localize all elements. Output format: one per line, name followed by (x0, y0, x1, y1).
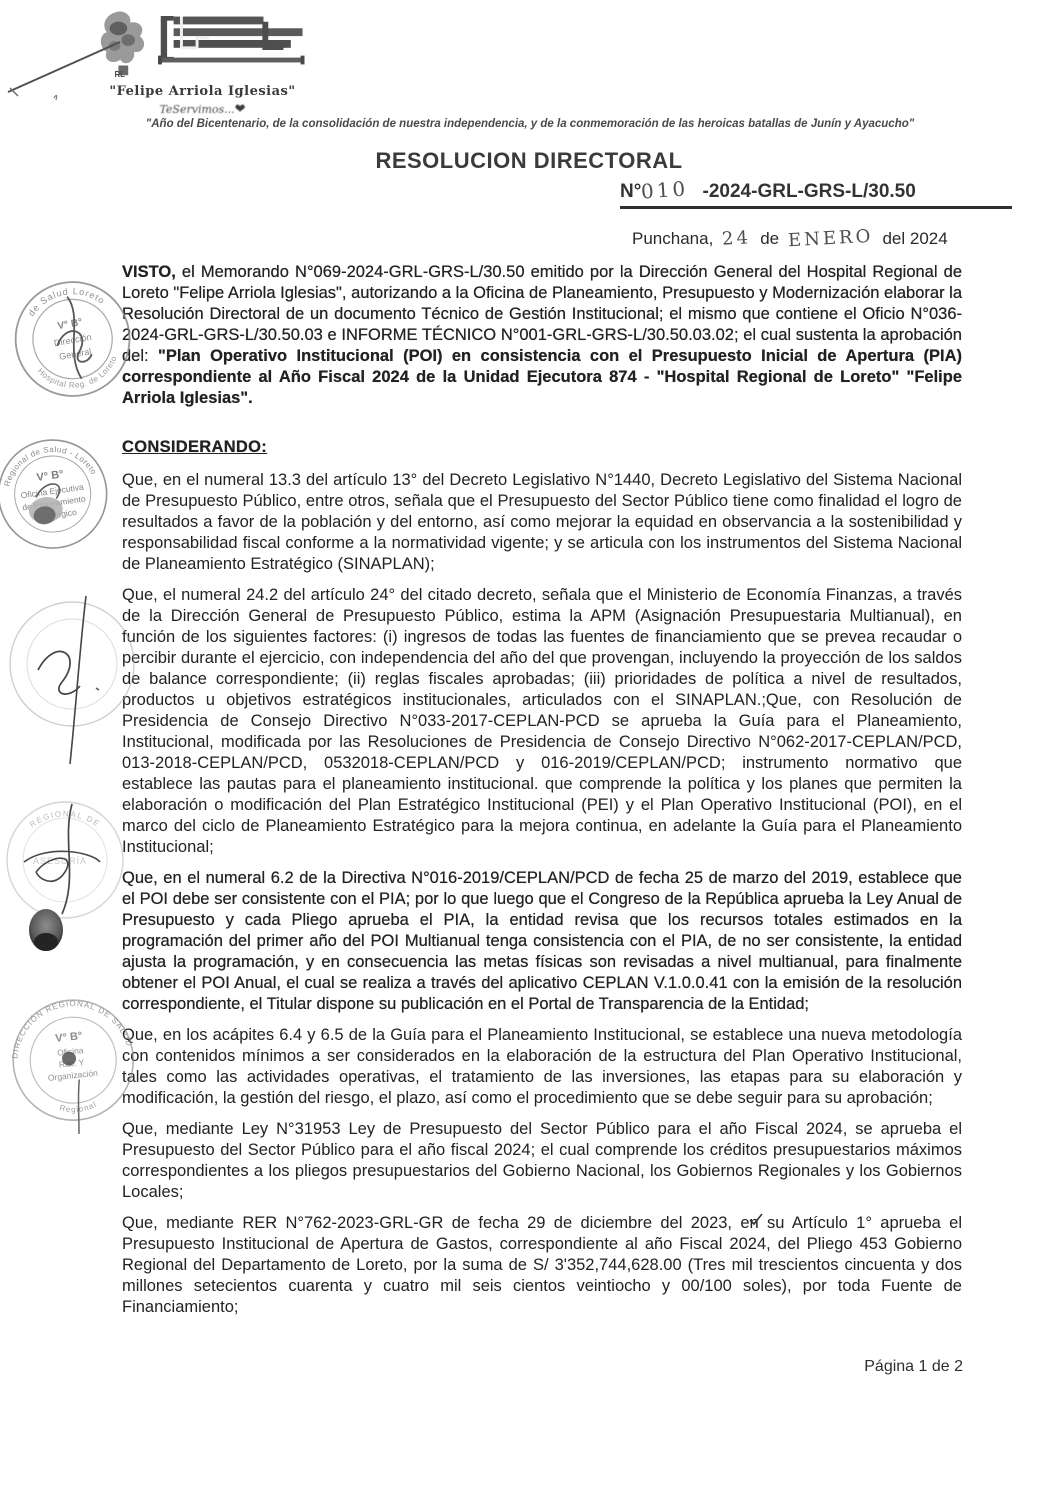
dateline-day: 24 (722, 227, 752, 249)
considerando-paragraph-6: Que, mediante RER N°762-2023-GRL-GR de f… (122, 1213, 962, 1318)
stamp5-ink-dot (61, 1051, 76, 1066)
considerando-paragraph-4: Que, en los acápites 6.4 y 6.5 de la Guí… (122, 1025, 962, 1109)
dateline-de: de (760, 229, 779, 249)
dateline-place: Punchana, (632, 229, 713, 249)
stamp4-signature (62, 804, 72, 914)
stamp5-signature (73, 1080, 85, 1134)
visto-lead: VISTO, (122, 263, 176, 281)
svg-text:de Salud Loreto: de Salud Loreto (23, 280, 108, 319)
number-prefix: N° (620, 181, 641, 203)
document-title: RESOLUCION DIRECTORAL (0, 148, 1058, 174)
year-motto: "Año del Bicentenario, de la consolidaci… (60, 118, 1000, 130)
stamp-planeamiento-estrategico: Regional de Salud - Loreto V° B° Oficina… (0, 430, 118, 564)
stamp2-ink-blob (27, 495, 64, 525)
pen-stroke-mark (2, 22, 132, 102)
hospital-wordmark-icon: [ L (158, 8, 310, 72)
stamp-asesoria: REGIONAL DE ASESORÍA (0, 782, 142, 967)
stamp5-line1: Oficina (57, 1045, 85, 1058)
number-handwritten: 010 (641, 176, 690, 203)
stamp1-line2: General (58, 346, 92, 361)
considerando-paragraph-5: Que, mediante Ley N°31953 Ley de Presupu… (122, 1119, 962, 1203)
check-mark (748, 1212, 764, 1226)
dateline-year: del 2024 (882, 229, 947, 249)
stamp1-ring-bottom: Hospital Reg. de Loreto (35, 353, 123, 396)
stamp2-signature (34, 483, 60, 501)
stamp1-line1: Dirección (53, 332, 92, 348)
resolution-number: N° 010 -2024-GRL-GRS-L/30.50 (620, 178, 1012, 209)
considerando-paragraph-2: Que, el numeral 24.2 del artículo 24° de… (122, 585, 962, 858)
stamp4-ink-blob (29, 909, 63, 951)
svg-text:Hospital Reg. de Loreto: Hospital Reg. de Loreto (35, 353, 123, 396)
svg-text:[: [ (158, 9, 174, 63)
svg-text:REGIONAL DE: REGIONAL DE (28, 809, 102, 829)
visto-bold: "Plan Operativo Institucional (POI) en c… (122, 347, 962, 407)
dateline: Punchana, 24 de ENERO del 2024 (632, 228, 992, 249)
stamp2-line3: Estratégico (34, 507, 78, 523)
document-page: RL [ L "Felipe Arriola Iglesias" TeServi… (0, 0, 1058, 1496)
stamp5-ring-top: DIRECCIÓN REGIONAL DE SALUD (5, 993, 134, 1060)
document-body: VISTO, el Memorando N°069-2024-GRL-GRS-L… (122, 262, 962, 1328)
svg-text:Regional de Salud - Loreto: Regional de Salud - Loreto (0, 439, 99, 489)
considerando-heading: CONSIDERANDO: (122, 437, 962, 458)
visto-paragraph: VISTO, el Memorando N°069-2024-GRL-GRS-L… (122, 262, 962, 409)
considerando-paragraph-1: Que, en el numeral 13.3 del artículo 13°… (122, 470, 962, 575)
hospital-slogan: TeServimos...❤ (95, 102, 310, 117)
stamp-faint-signature (6, 596, 140, 771)
stamp1-vb: V° B° (57, 317, 84, 332)
stamp1-signature (49, 294, 96, 382)
stamp1-ring-top: de Salud Loreto (23, 280, 108, 319)
stamp3-signature-stroke (70, 596, 86, 764)
svg-text:L: L (259, 13, 284, 59)
stamp4-ring-top: REGIONAL DE (28, 809, 102, 829)
page-number: Página 1 de 2 (864, 1358, 963, 1376)
svg-text:DIRECCIÓN REGIONAL DE SALUD: DIRECCIÓN REGIONAL DE SALUD (5, 993, 134, 1060)
stamp2-line1: Oficina Ejecutiva (20, 482, 84, 501)
stamp2-ring-top: Regional de Salud - Loreto (0, 439, 99, 489)
stamp2-vb: V° B° (36, 468, 65, 484)
dateline-month: ENERO (788, 226, 874, 251)
svg-text:Regional: Regional (58, 1099, 99, 1116)
stamp2-line2: de Planeamiento (22, 494, 87, 513)
heart-icon: ❤ (235, 102, 246, 117)
stamp5-line2: Rac. Y (58, 1057, 85, 1070)
stamp4-center: ASESORÍA (33, 856, 87, 866)
considerando-paragraph-3: Que, en el numeral 6.2 de la Directiva N… (122, 868, 962, 1015)
stamp5-line3: Organización (47, 1068, 98, 1083)
number-suffix: -2024-GRL-GRS-L/30.50 (703, 181, 916, 203)
stamp5-vb: V° B° (55, 1030, 83, 1045)
stamp5-ring-bottom: Regional (58, 1099, 99, 1116)
